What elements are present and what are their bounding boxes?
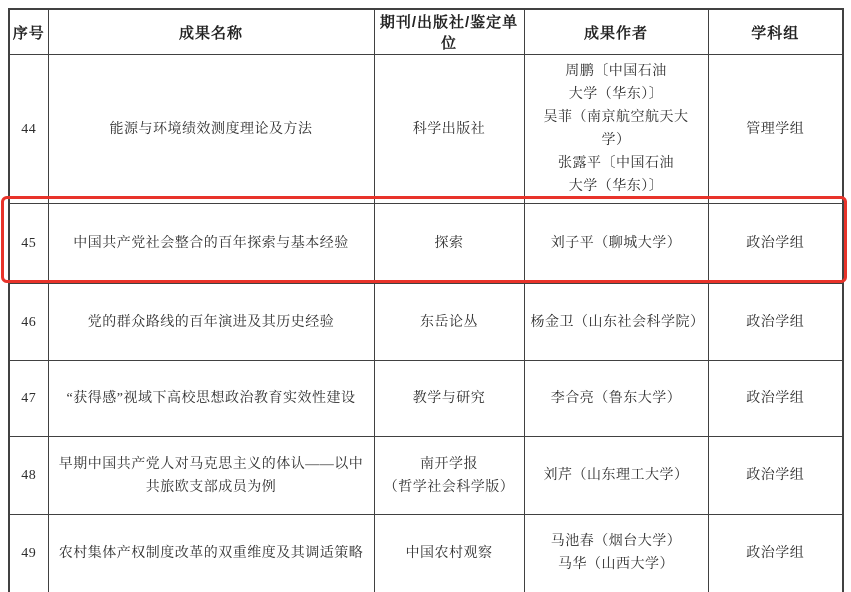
cell-journal: 南开学报 （哲学社会科学版） [374, 437, 524, 515]
cell-authors: 周鹏〔中国石油 大学（华东）〕 吴菲（南京航空航天大学） 张露平〔中国石油 大学… [524, 55, 708, 204]
cell-index: 49 [9, 515, 48, 592]
col-header-index: 序号 [9, 9, 48, 55]
table-row: 46 党的群众路线的百年演进及其历史经验 东岳论丛 杨金卫（山东社会科学院） 政… [9, 284, 843, 361]
table-row: 49 农村集体产权制度改革的双重维度及其调适策略 中国农村观察 马池春（烟台大学… [9, 515, 843, 592]
cell-title: 农村集体产权制度改革的双重维度及其调适策略 [48, 515, 374, 592]
col-header-authors: 成果作者 [524, 9, 708, 55]
results-table: 序号 成果名称 期刊/出版社/鉴定单位 成果作者 学科组 44 能源与环境绩效测… [8, 8, 844, 592]
cell-group: 政治学组 [708, 204, 843, 284]
cell-group: 政治学组 [708, 284, 843, 361]
cell-title: 能源与环境绩效测度理论及方法 [48, 55, 374, 204]
cell-index: 45 [9, 204, 48, 284]
table-row: 44 能源与环境绩效测度理论及方法 科学出版社 周鹏〔中国石油 大学（华东）〕 … [9, 55, 843, 204]
cell-group: 政治学组 [708, 437, 843, 515]
cell-authors: 刘芹（山东理工大学） [524, 437, 708, 515]
cell-authors: 李合亮（鲁东大学） [524, 361, 708, 437]
cell-index: 46 [9, 284, 48, 361]
cell-group: 政治学组 [708, 361, 843, 437]
cell-authors: 杨金卫（山东社会科学院） [524, 284, 708, 361]
cell-journal: 科学出版社 [374, 55, 524, 204]
cell-title: 党的群众路线的百年演进及其历史经验 [48, 284, 374, 361]
cell-group: 政治学组 [708, 515, 843, 592]
cell-index: 48 [9, 437, 48, 515]
cell-index: 44 [9, 55, 48, 204]
cell-journal: 东岳论丛 [374, 284, 524, 361]
col-header-title: 成果名称 [48, 9, 374, 55]
cell-authors: 刘子平（聊城大学） [524, 204, 708, 284]
table-row: 48 早期中国共产党人对马克思主义的体认——以中共旅欧支部成员为例 南开学报 （… [9, 437, 843, 515]
cell-group: 管理学组 [708, 55, 843, 204]
col-header-journal: 期刊/出版社/鉴定单位 [374, 9, 524, 55]
table-header-row: 序号 成果名称 期刊/出版社/鉴定单位 成果作者 学科组 [9, 9, 843, 55]
cell-journal: 教学与研究 [374, 361, 524, 437]
col-header-group: 学科组 [708, 9, 843, 55]
cell-title: “获得感”视域下高校思想政治教育实效性建设 [48, 361, 374, 437]
cell-index: 47 [9, 361, 48, 437]
document-page: 序号 成果名称 期刊/出版社/鉴定单位 成果作者 学科组 44 能源与环境绩效测… [0, 0, 851, 592]
cell-title: 中国共产党社会整合的百年探索与基本经验 [48, 204, 374, 284]
cell-journal: 探索 [374, 204, 524, 284]
cell-title: 早期中国共产党人对马克思主义的体认——以中共旅欧支部成员为例 [48, 437, 374, 515]
cell-journal: 中国农村观察 [374, 515, 524, 592]
cell-authors: 马池春（烟台大学） 马华（山西大学） [524, 515, 708, 592]
table-row-highlighted: 45 中国共产党社会整合的百年探索与基本经验 探索 刘子平（聊城大学） 政治学组 [9, 204, 843, 284]
table-row: 47 “获得感”视域下高校思想政治教育实效性建设 教学与研究 李合亮（鲁东大学）… [9, 361, 843, 437]
